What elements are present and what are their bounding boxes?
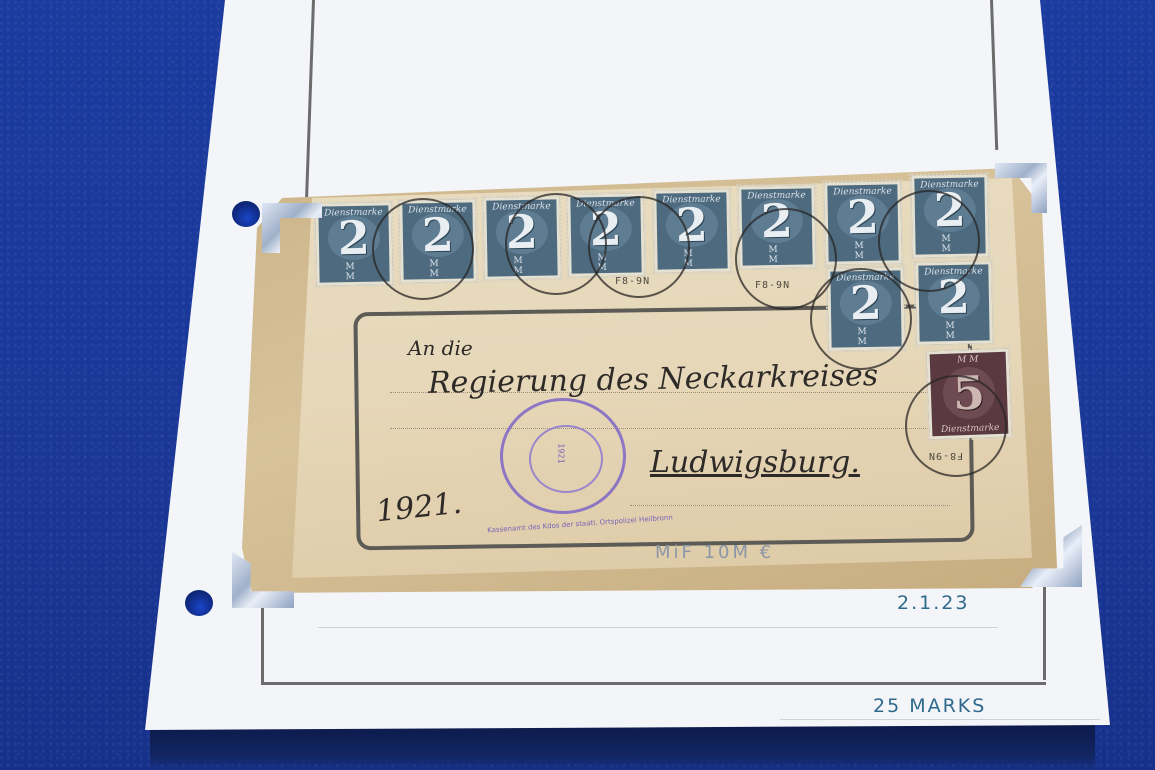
album-date-label: 2.1.23 xyxy=(897,592,969,614)
postmark-5 xyxy=(878,190,980,292)
rule-value xyxy=(780,719,1100,720)
address-city: Ludwigsburg. xyxy=(650,445,860,480)
frame-line-left-bottom xyxy=(261,600,264,685)
postmark-date-7: F8-9N xyxy=(928,450,963,461)
album-value-label: 25 MARKS xyxy=(873,695,986,717)
postmark-7 xyxy=(905,375,1007,477)
address-line-2 xyxy=(390,428,950,429)
frame-line-bottom xyxy=(261,682,1046,685)
address-line-an-die: An die xyxy=(408,336,473,360)
official-seal: 1921 xyxy=(500,398,626,514)
postmark-1 xyxy=(372,198,474,300)
address-line-3 xyxy=(630,505,950,506)
postmark-date-2: F8-9N xyxy=(615,276,650,287)
pencil-catalog-note: MiF 10M € xyxy=(655,542,774,563)
punch-hole-bottom xyxy=(185,590,213,616)
frame-line-right-bottom xyxy=(1043,585,1046,680)
rule-date xyxy=(318,627,998,628)
seal-center-text: 1921 xyxy=(557,443,566,463)
page-shadow xyxy=(150,725,1095,770)
seal-inner-ring xyxy=(529,425,603,493)
postmark-6 xyxy=(810,268,912,370)
postmark-date-4: F8-9N xyxy=(755,280,790,291)
punch-hole-top xyxy=(232,201,260,227)
